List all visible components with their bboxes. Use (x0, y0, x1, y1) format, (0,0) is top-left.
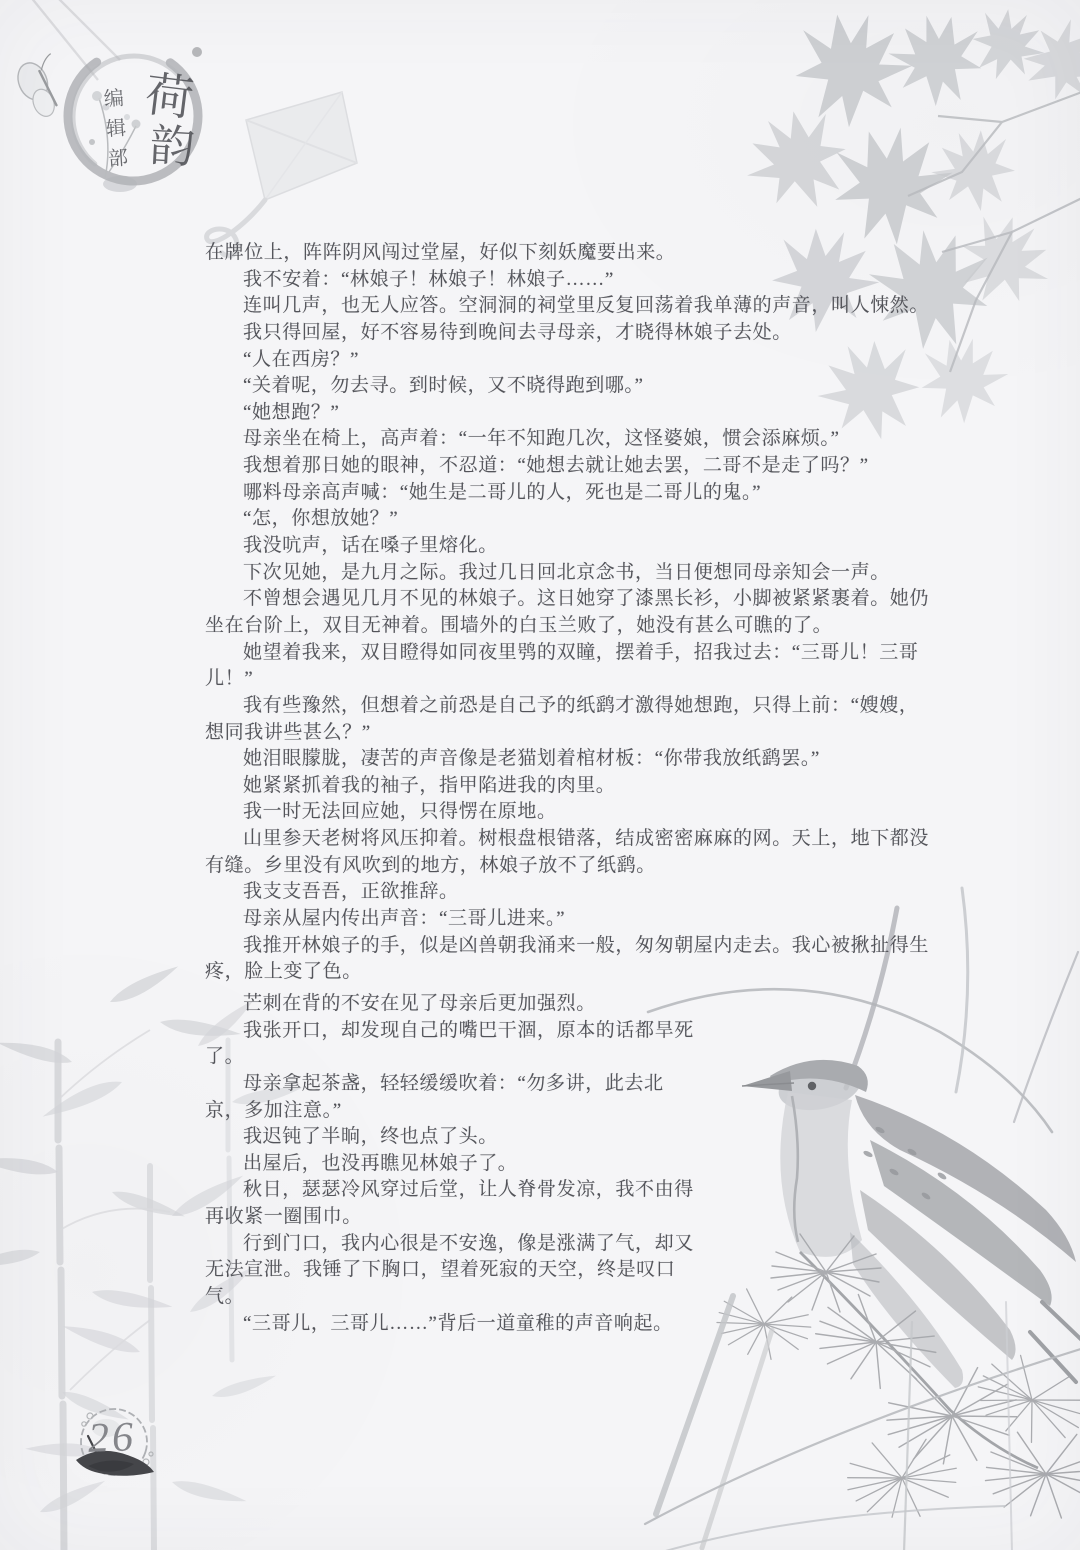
text-line: 母亲拿起茶盏，轻轻缓缓吹着：“勿多讲，此去北 (205, 1071, 725, 1098)
text-line: 在牌位上，阵阵阴风闯过堂屋，好似下刻妖魔要出来。 (205, 240, 945, 267)
text-line: 我张开口，却发现自己的嘴巴干涸，原本的话都旱死 (205, 1018, 725, 1045)
corner-scratch-strokes (30, 0, 120, 80)
text-line: 了。 (205, 1044, 725, 1071)
text-line: 哪料母亲高声喊：“她生是二哥儿的人，死也是二哥儿的鬼。” (205, 480, 945, 507)
text-line: “关着呢，勿去寻。到时候，又不晓得跑到哪。” (205, 373, 945, 400)
text-line: 有缝。乡里没有风吹到的地方，林娘子放不了纸鹞。 (205, 853, 945, 880)
text-line: 出屋后，也没再瞧见林娘子了。 (205, 1151, 725, 1178)
text-line: 芒刺在背的不安在见了母亲后更加强烈。 (205, 991, 725, 1018)
logo-subtitle-char: 编 (103, 83, 127, 114)
text-line: 秋日，瑟瑟冷风穿过后堂，让人脊骨发凉，我不由得 (205, 1177, 725, 1204)
text-line: 山里参天老树将风压抑着。树根盘根错落，结成密密麻麻的网。天上，地下都没 (205, 826, 945, 853)
text-line: 她泪眼朦胧，凄苦的声音像是老猫划着棺材板：“你带我放纸鹞罢。” (205, 746, 945, 773)
text-line: 我推开林娘子的手，似是凶兽朝我涌来一般，匆匆朝屋内走去。我心被揪扯得生 (205, 933, 945, 960)
text-line: 气。 (205, 1284, 725, 1311)
text-line: 我想着那日她的眼神，不忍道：“她想去就让她去罢，二哥不是走了吗？” (205, 453, 945, 480)
text-line: 儿！” (205, 666, 945, 693)
story-text-block-1: 在牌位上，阵阵阴风闯过堂屋，好似下刻妖魔要出来。我不安着：“林娘子！林娘子！林娘… (205, 240, 945, 986)
logo-subtitle-char: 部 (107, 143, 131, 174)
text-line: 我迟钝了半晌，终也点了头。 (205, 1124, 725, 1151)
text-line: 疼，脸上变了色。 (205, 959, 945, 986)
text-line: 再收紧一圈围巾。 (205, 1204, 725, 1231)
kite-icon (207, 92, 357, 256)
story-text-block-2: 芒刺在背的不安在见了母亲后更加强烈。我张开口，却发现自己的嘴巴干涸，原本的话都旱… (205, 991, 725, 1337)
text-line: “人在西房？” (205, 347, 945, 374)
text-line: “怎，你想放她？” (205, 506, 945, 533)
text-line: 连叫几声，也无人应答。空洞洞的祠堂里反复回荡着我单薄的声音，叫人悚然。 (205, 293, 945, 320)
text-line: 不曾想会遇见几月不见的林娘子。这日她穿了漆黑长衫，小脚被紧紧裹着。她仍 (205, 586, 945, 613)
text-line: “她想跑？” (205, 400, 945, 427)
text-line: 坐在台阶上，双目无神着。围墙外的白玉兰败了，她没有甚么可瞧的了。 (205, 613, 945, 640)
text-line: 她望着我来，双目瞪得如同夜里鸮的双瞳，摆着手，招我过去：“三哥儿！三哥 (205, 640, 945, 667)
text-line: 我有些豫然，但想着之前恐是自己予的纸鹞才激得她想跑，只得上前：“嫂嫂， (205, 693, 945, 720)
text-line: 下次见她，是九月之际。我过几日回北京念书，当日便想同母亲知会一声。 (205, 560, 945, 587)
butterfly-icon (13, 54, 72, 122)
text-line: 我没吭声，话在嗓子里熔化。 (205, 533, 945, 560)
text-line: “三哥儿，三哥儿……”背后一道童稚的声音响起。 (205, 1311, 725, 1338)
text-line: 母亲从屋内传出声音：“三哥儿进来。” (205, 906, 945, 933)
text-line: 我支支吾吾，正欲推辞。 (205, 879, 945, 906)
text-line: 我只得回屋，好不容易待到晚间去寻母亲，才晓得林娘子去处。 (205, 320, 945, 347)
text-line: 行到门口，我内心很是不安逸，像是涨满了气，却又 (205, 1231, 725, 1258)
text-line: 想同我讲些甚么？” (205, 720, 945, 747)
page-number: 26 (87, 1413, 137, 1463)
logo-title-char-2: 韵 (148, 109, 196, 176)
text-line: 无法宣泄。我锤了下胸口，望着死寂的天空，终是叹口 (205, 1257, 725, 1284)
logo-subtitle-char: 辑 (105, 113, 129, 144)
text-line: 母亲坐在椅上，高声着：“一年不知跑几次，这怪婆娘，惯会添麻烦。” (205, 426, 945, 453)
text-line: 她紧紧抓着我的袖子，指甲陷进我的肉里。 (205, 773, 945, 800)
text-line: 我一时无法回应她，只得愣在原地。 (205, 799, 945, 826)
text-line: 我不安着：“林娘子！林娘子！林娘子……” (205, 267, 945, 294)
text-line: 京，多加注意。” (205, 1098, 725, 1125)
